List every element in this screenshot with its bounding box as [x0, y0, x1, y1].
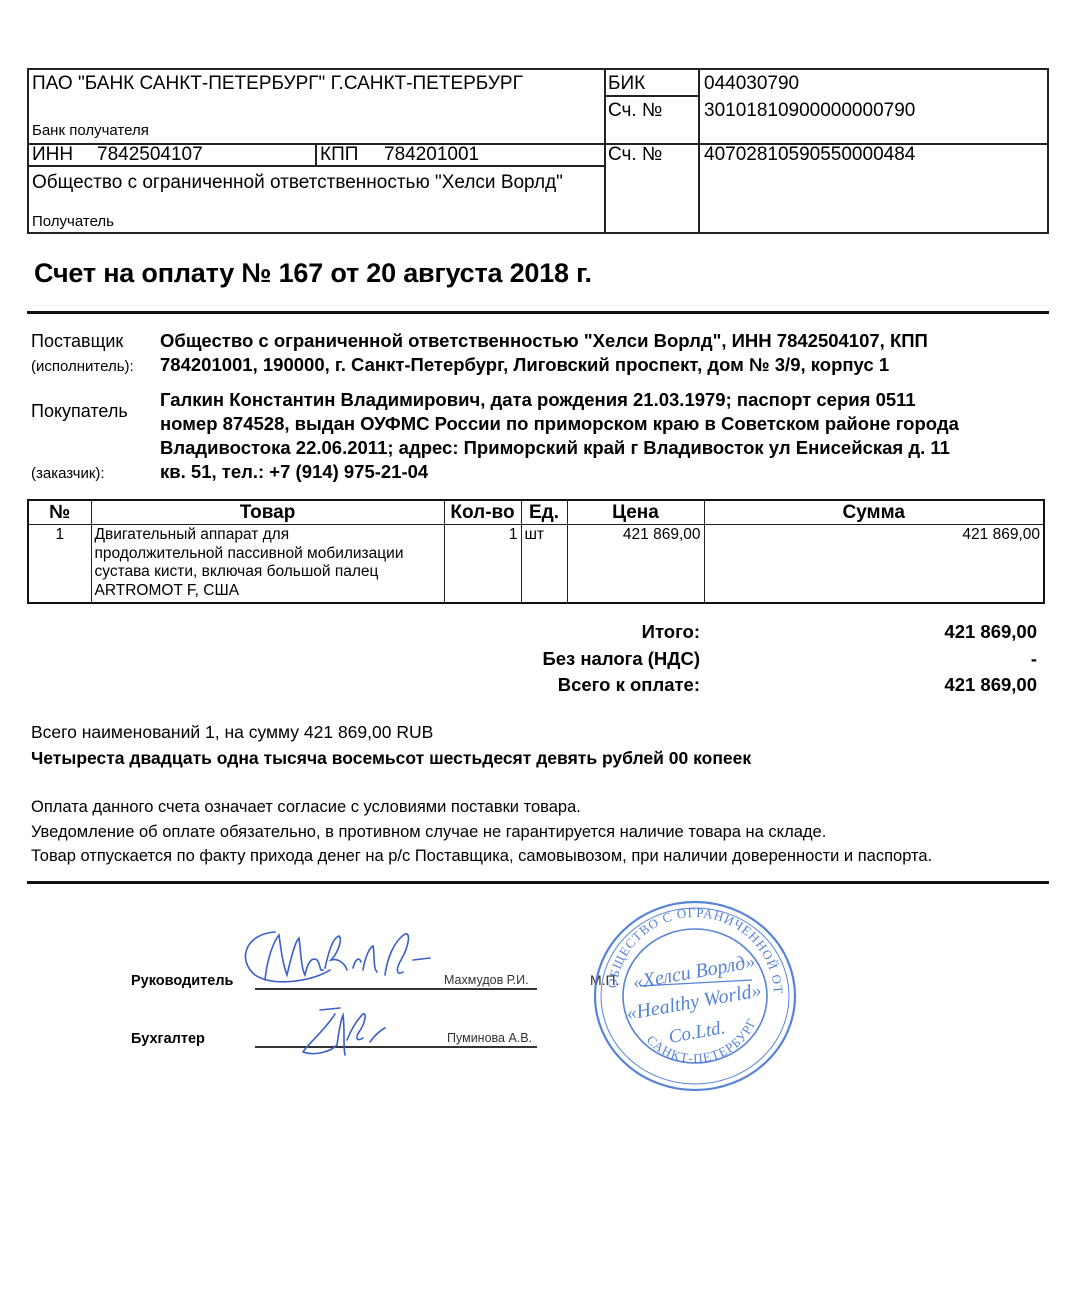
accountant-signature — [285, 1000, 405, 1070]
terms-divider — [27, 881, 1049, 884]
col-number: № — [28, 500, 91, 525]
director-name: Махмудов Р.И. — [444, 973, 529, 987]
row-product: Двигательный аппарат для продолжительной… — [91, 525, 444, 603]
supplier-line: 784201001, 190000, г. Санкт-Петербург, Л… — [160, 353, 1040, 377]
bank-details-table: ПАО "БАНК САНКТ-ПЕТЕРБУРГ" Г.САНКТ-ПЕТЕР… — [27, 68, 1049, 234]
terms-line: Товар отпускается по факту прихода денег… — [31, 847, 932, 866]
col-quantity: Кол-во — [444, 500, 521, 525]
director-signature — [235, 920, 435, 995]
invoice-title: Счет на оплату № 167 от 20 августа 2018 … — [34, 258, 592, 289]
supplier-sublabel: (исполнитель): — [31, 358, 134, 375]
account-value: 40702810590550000484 — [704, 144, 915, 166]
buyer-sublabel: (заказчик): — [31, 465, 105, 482]
title-divider — [27, 311, 1049, 314]
row-unit: шт — [521, 525, 567, 603]
supplier-line: Общество с ограниченной ответственностью… — [160, 329, 1040, 353]
company-stamp: ОБЩЕСТВО С ОГРАНИЧЕННОЙ ОТВЕТСТВЕННОСТЬЮ… — [590, 898, 800, 1094]
corr-account-value: 30101810900000000790 — [704, 100, 915, 122]
grand-total-label: Всего к оплате: — [558, 674, 700, 696]
corr-account-label: Сч. № — [608, 100, 662, 122]
buyer-label: Покупатель — [31, 401, 128, 422]
buyer-line: номер 874528, выдан ОУФМС России по прим… — [160, 412, 1040, 436]
table-row: 1 Двигательный аппарат для продолжительн… — [28, 525, 1044, 603]
recipient-name: Общество с ограниченной ответственностью… — [32, 172, 563, 194]
kpp-value: 784201001 — [384, 144, 479, 166]
kpp-label: КПП — [320, 144, 358, 166]
supplier-label: Поставщик — [31, 331, 123, 352]
col-sum: Сумма — [704, 500, 1044, 525]
total-value: 421 869,00 — [944, 621, 1037, 643]
bik-value: 044030790 — [704, 73, 799, 95]
col-price: Цена — [567, 500, 704, 525]
row-number: 1 — [28, 525, 91, 603]
buyer-line: Владивостока 22.06.2011; адрес: Приморск… — [160, 436, 1040, 460]
product-line: ARTROMOT F, США — [95, 582, 441, 601]
vat-value: - — [1031, 648, 1037, 670]
grand-total-value: 421 869,00 — [944, 674, 1037, 696]
bik-label: БИК — [608, 73, 645, 95]
director-label: Руководитель — [131, 973, 233, 989]
items-count-summary: Всего наименований 1, на сумму 421 869,0… — [31, 722, 433, 743]
amount-in-words: Четыреста двадцать одна тысяча восемьсот… — [31, 748, 751, 769]
row-price: 421 869,00 — [567, 525, 704, 603]
row-quantity: 1 — [444, 525, 521, 603]
inn-label: ИНН — [32, 144, 73, 166]
accountant-name: Пуминова А.В. — [447, 1031, 532, 1045]
accountant-label: Бухгалтер — [131, 1031, 205, 1047]
row-sum: 421 869,00 — [704, 525, 1044, 603]
product-line: продолжительной пассивной мобилизации — [95, 545, 441, 564]
recipient-label: Получатель — [32, 213, 114, 231]
items-table: № Товар Кол-во Ед. Цена Сумма 1 Двигател… — [27, 499, 1045, 604]
buyer-line: кв. 51, тел.: +7 (914) 975-21-04 — [160, 460, 1040, 484]
total-label: Итого: — [642, 621, 700, 643]
product-line: Двигательный аппарат для — [95, 526, 441, 545]
supplier-details: Общество с ограниченной ответственностью… — [160, 329, 1040, 377]
buyer-line: Галкин Константин Владимирович, дата рож… — [160, 388, 1040, 412]
buyer-details: Галкин Константин Владимирович, дата рож… — [160, 388, 1040, 484]
stamp-line-3: Co.Ltd. — [667, 1017, 727, 1048]
vat-label: Без налога (НДС) — [542, 648, 700, 670]
product-line: сустава кисти, включая большой палец — [95, 563, 441, 582]
bank-name: ПАО "БАНК САНКТ-ПЕТЕРБУРГ" Г.САНКТ-ПЕТЕР… — [32, 73, 523, 95]
terms-line: Оплата данного счета означает согласие с… — [31, 798, 581, 817]
items-header-row: № Товар Кол-во Ед. Цена Сумма — [28, 500, 1044, 525]
col-product: Товар — [91, 500, 444, 525]
account-label: Сч. № — [608, 144, 662, 166]
bank-label: Банк получателя — [32, 122, 149, 140]
col-unit: Ед. — [521, 500, 567, 525]
inn-value: 7842504107 — [97, 144, 203, 166]
terms-line: Уведомление об оплате обязательно, в про… — [31, 823, 826, 842]
